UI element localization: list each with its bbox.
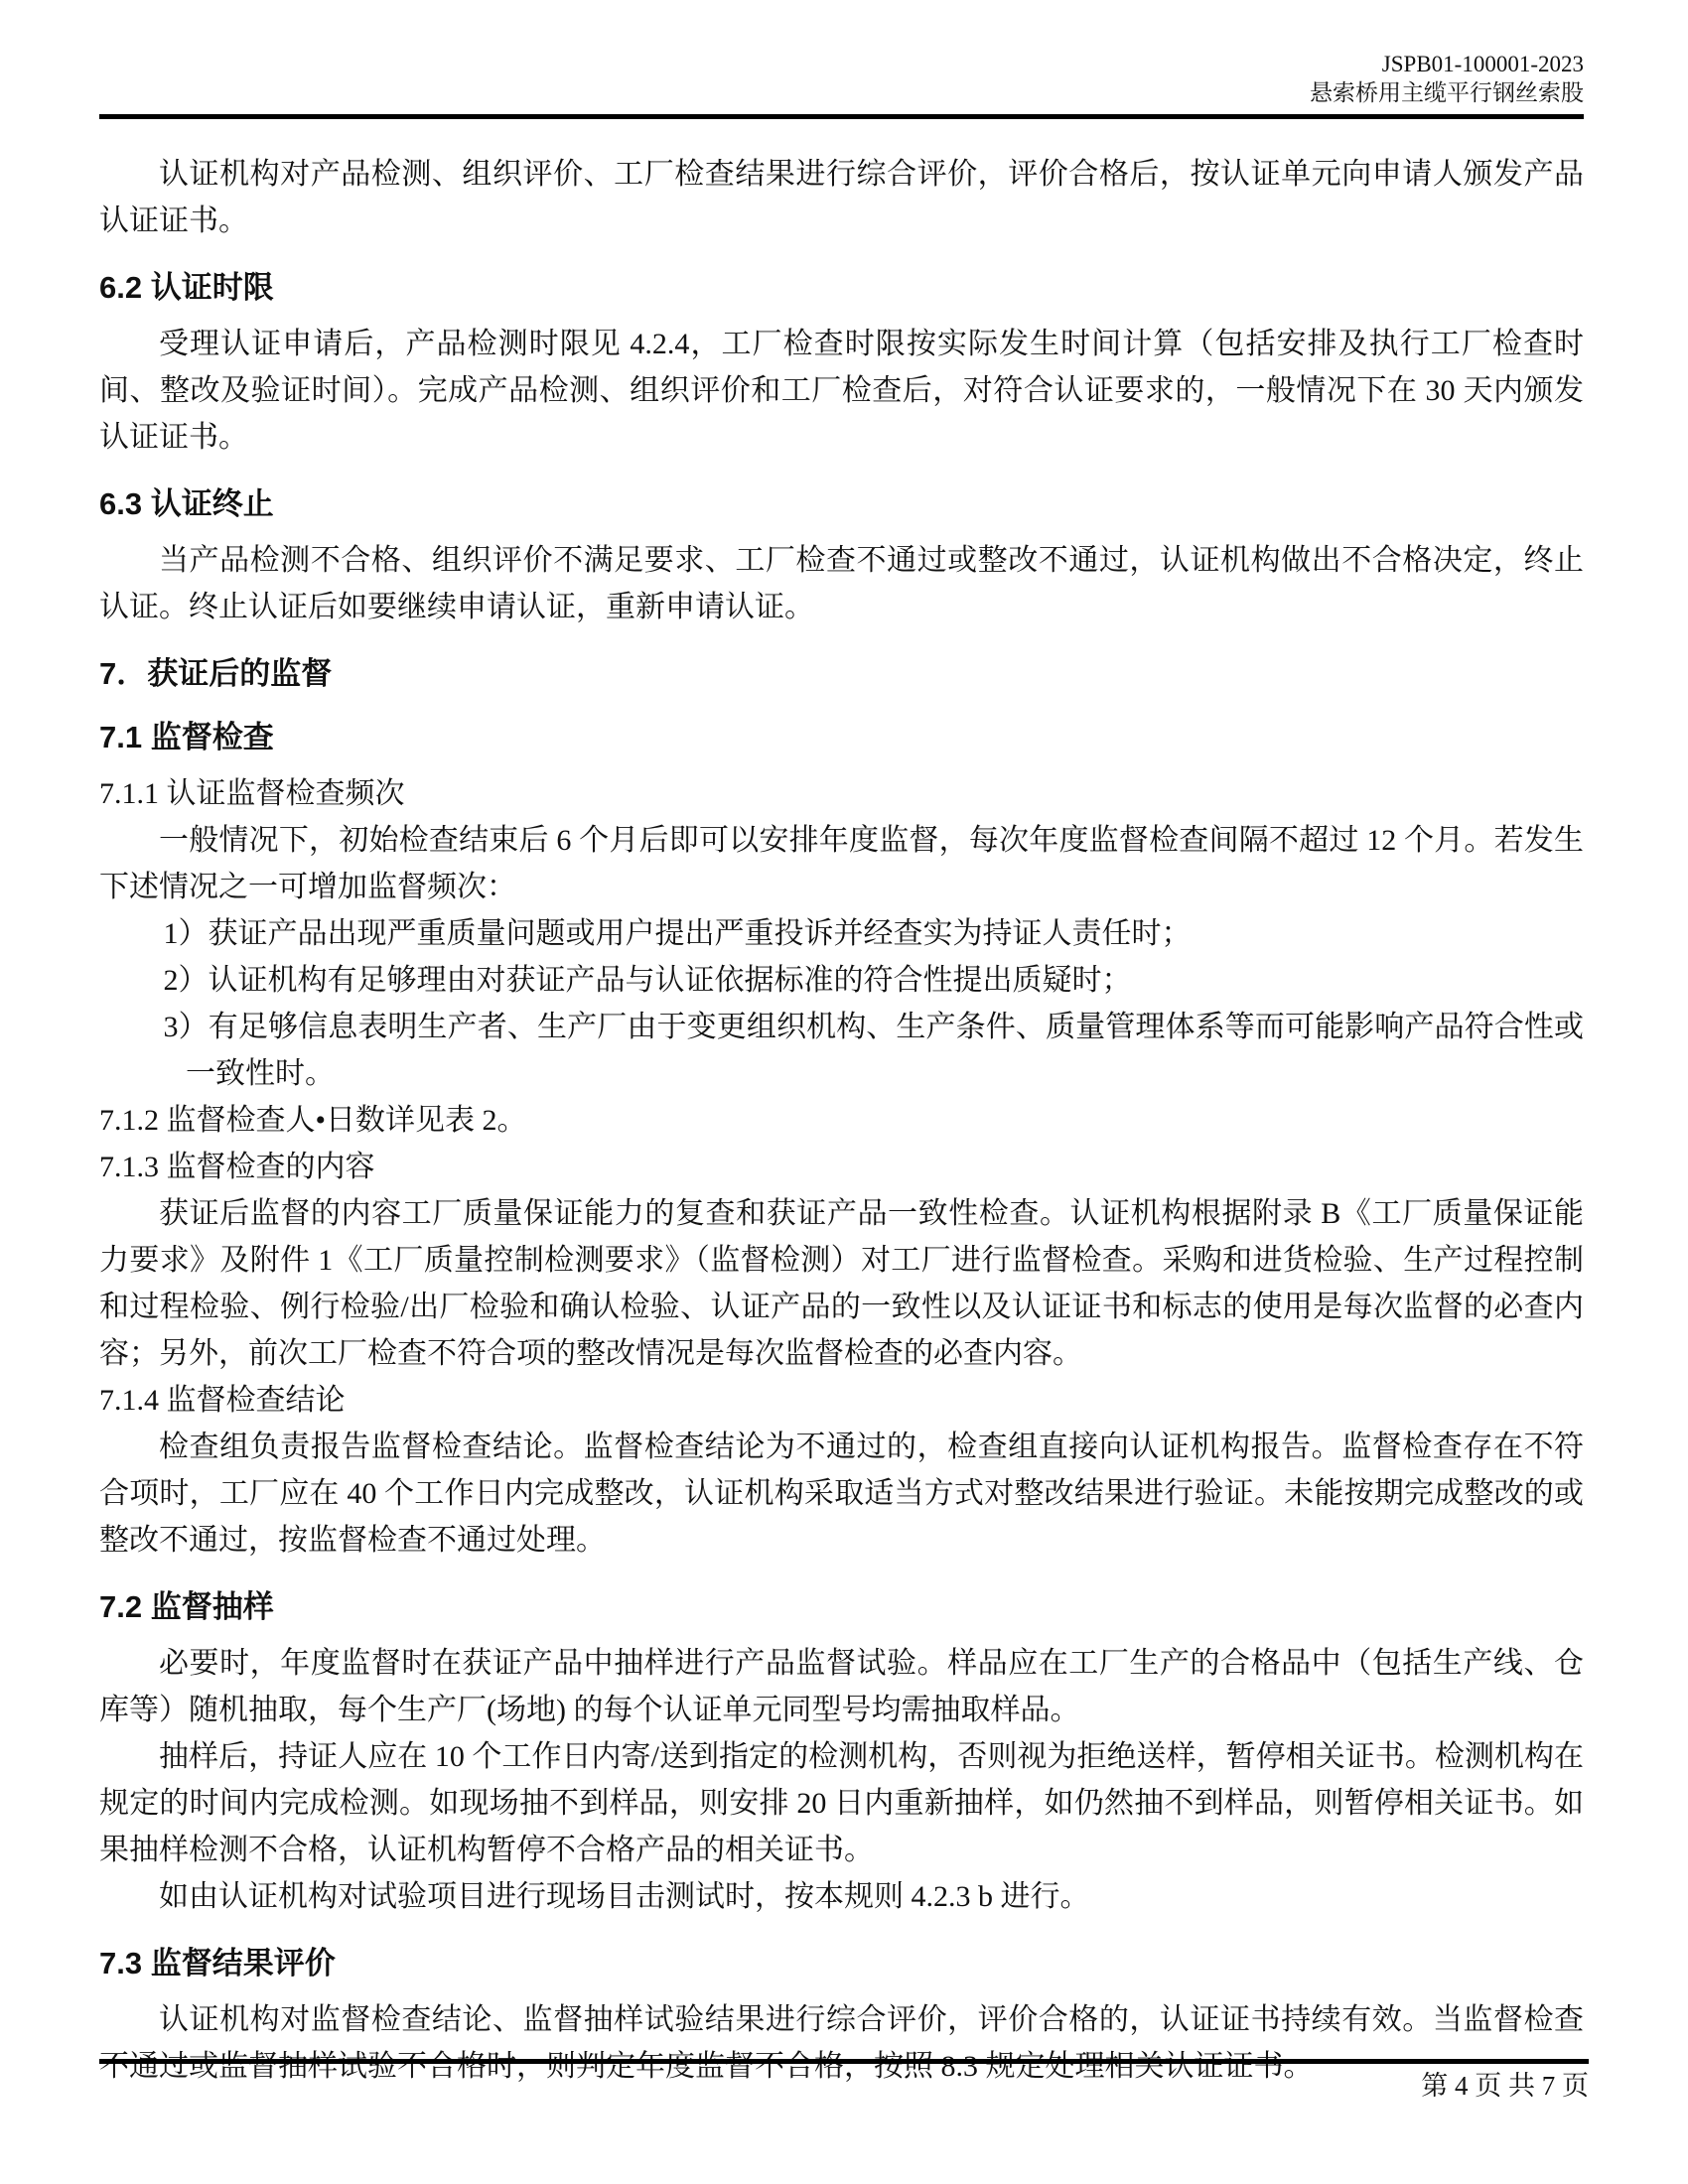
paragraph-7-1-3: 获证后监督的内容工厂质量保证能力的复查和获证产品一致性检查。认证机构根据附录 B… (99, 1190, 1584, 1377)
header-doc-title: 悬索桥用主缆平行钢丝索股 (99, 78, 1584, 107)
page-header: JSPB01-100001-2023 悬索桥用主缆平行钢丝索股 (99, 50, 1584, 107)
heading-7: 7．获证后的监督 (99, 654, 1584, 694)
heading-7-3: 7.3 监督结果评价 (99, 1944, 1584, 1983)
header-rule (99, 114, 1584, 119)
list-item: 2）认证机构有足够理由对获证产品与认证依据标准的符合性提出质疑时； (99, 957, 1584, 1004)
heading-7-1: 7.1 监督检查 (99, 718, 1584, 757)
paragraph-7-2-1: 必要时，年度监督时在获证产品中抽样进行产品监督试验。样品应在工厂生产的合格品中（… (99, 1640, 1584, 1733)
paragraph-7-2-2: 抽样后，持证人应在 10 个工作日内寄/送到指定的检测机构，否则视为拒绝送样，暂… (99, 1733, 1584, 1873)
header-doc-number: JSPB01-100001-2023 (99, 50, 1584, 78)
heading-6-2: 6.2 认证时限 (99, 268, 1584, 308)
heading-7-2: 7.2 监督抽样 (99, 1587, 1584, 1627)
page-number: 第 4 页 共 7 页 (99, 2064, 1589, 2103)
paragraph-7-1-4: 检查组负责报告监督检查结论。监督检查结论为不通过的，检查组直接向认证机构报告。监… (99, 1424, 1584, 1564)
list-item: 1）获证产品出现严重质量问题或用户提出严重投诉并经查实为持证人责任时； (99, 910, 1584, 957)
heading-6-3: 6.3 认证终止 (99, 484, 1584, 524)
document-body: 认证机构对产品检测、组织评价、工厂检查结果进行综合评价，评价合格后，按认证单元向… (99, 151, 1584, 2090)
heading-7-1-3: 7.1.3 监督检查的内容 (99, 1144, 1584, 1190)
paragraph-7-2-3: 如由认证机构对试验项目进行现场目击测试时，按本规则 4.2.3 b 进行。 (99, 1873, 1584, 1920)
list-item: 3）有足够信息表明生产者、生产厂由于变更组织机构、生产条件、质量管理体系等而可能… (99, 1004, 1584, 1097)
paragraph-6-2: 受理认证申请后，产品检测时限见 4.2.4，工厂检查时限按实际发生时间计算（包括… (99, 321, 1584, 461)
heading-7-1-1: 7.1.1 认证监督检查频次 (99, 770, 1584, 817)
heading-7-1-4: 7.1.4 监督检查结论 (99, 1377, 1584, 1424)
paragraph-6-3: 当产品检测不合格、组织评价不满足要求、工厂检查不通过或整改不通过，认证机构做出不… (99, 537, 1584, 630)
document-page: JSPB01-100001-2023 悬索桥用主缆平行钢丝索股 认证机构对产品检… (0, 0, 1688, 2184)
paragraph-7-1-1: 一般情况下，初始检查结束后 6 个月后即可以安排年度监督，每次年度监督检查间隔不… (99, 817, 1584, 910)
paragraph-intro: 认证机构对产品检测、组织评价、工厂检查结果进行综合评价，评价合格后，按认证单元向… (99, 151, 1584, 244)
page-footer: 第 4 页 共 7 页 (99, 2059, 1589, 2103)
line-7-1-2: 7.1.2 监督检查人•日数详见表 2。 (99, 1097, 1584, 1144)
